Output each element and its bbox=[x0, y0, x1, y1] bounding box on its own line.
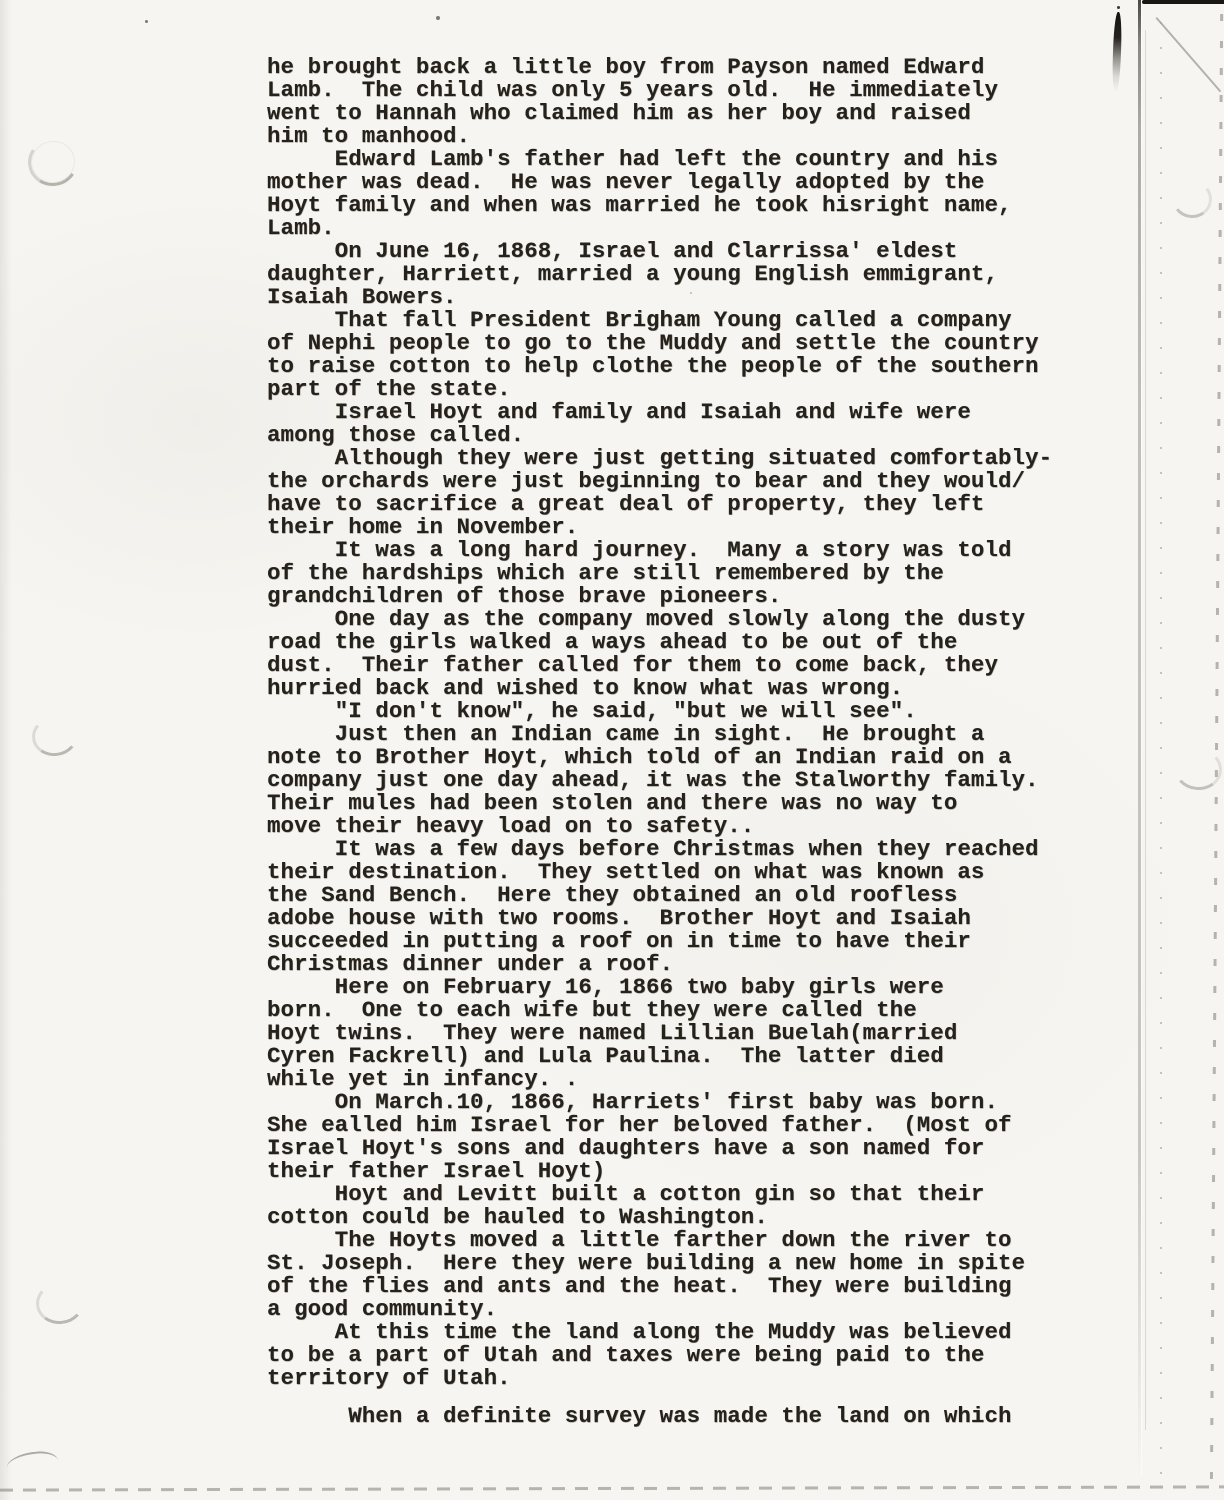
text-line: Israel Hoyt's sons and daughters have a … bbox=[267, 1137, 1067, 1160]
scan-top-edge-strip bbox=[1142, 0, 1224, 4]
punch-hole-mark bbox=[1170, 177, 1215, 220]
text-line: have to sacrifice a great deal of proper… bbox=[267, 493, 1067, 516]
paragraph: It was a few days before Christmas when … bbox=[267, 838, 1067, 976]
text-line: On March.10, 1866, Harriets' first baby … bbox=[267, 1091, 1067, 1114]
text-line: territory of Utah. bbox=[267, 1367, 1067, 1390]
text-line: Christmas dinner under a roof. bbox=[267, 953, 1067, 976]
paragraph: One day as the company moved slowly alon… bbox=[267, 608, 1067, 700]
text-line: company just one day ahead, it was the S… bbox=[267, 769, 1067, 792]
text-line: of the hardships which are still remembe… bbox=[267, 562, 1067, 585]
perforation-dots bbox=[1160, 22, 1162, 1482]
text-line: note to Brother Hoyt, which told of an I… bbox=[267, 746, 1067, 769]
paper-speck bbox=[145, 20, 148, 23]
text-line: succeeded in putting a roof on in time t… bbox=[267, 930, 1067, 953]
text-line: hurried back and wished to know what was… bbox=[267, 677, 1067, 700]
text-line: Although they were just getting situated… bbox=[267, 447, 1067, 470]
page-edge-line bbox=[1138, 0, 1141, 1475]
text-line: to be a part of Utah and taxes were bein… bbox=[267, 1344, 1067, 1367]
text-line: It was a few days before Christmas when … bbox=[267, 838, 1067, 861]
text-line: Hoyt twins. They were named Lillian Buel… bbox=[267, 1022, 1067, 1045]
text-line: The Hoyts moved a little farther down th… bbox=[267, 1229, 1067, 1252]
text-line: Isaiah Bowers. bbox=[267, 286, 1067, 309]
corner-fold-line bbox=[1155, 17, 1221, 92]
paragraph: Although they were just getting situated… bbox=[267, 447, 1067, 539]
text-line: while yet in infancy. . bbox=[267, 1068, 1067, 1091]
text-line: of the flies and ants and the heat. They… bbox=[267, 1275, 1067, 1298]
paragraph: Just then an Indian came in sight. He br… bbox=[267, 723, 1067, 838]
text-line: a good community. bbox=[267, 1298, 1067, 1321]
scanned-page: he brought back a little boy from Payson… bbox=[0, 0, 1224, 1500]
bottom-edge-dashes bbox=[0, 1485, 1224, 1491]
text-line: Hoyt and Levitt built a cotton gin so th… bbox=[267, 1183, 1067, 1206]
text-line: among those called. bbox=[267, 424, 1067, 447]
scan-left-edge-shade bbox=[0, 0, 12, 1500]
text-line: grandchildren of those brave pioneers. bbox=[267, 585, 1067, 608]
text-line: Cyren Fackrell) and Lula Paulina. The la… bbox=[267, 1045, 1067, 1068]
text-line: Their mules had been stolen and there wa… bbox=[267, 792, 1067, 815]
text-line: daughter, Harriett, married a young Engl… bbox=[267, 263, 1067, 286]
text-line: Israel Hoyt and family and Isaiah and wi… bbox=[267, 401, 1067, 424]
punch-hole-mark bbox=[34, 1280, 86, 1327]
text-line: Lamb. The child was only 5 years old. He… bbox=[267, 79, 1067, 102]
paragraph: Here on February 16, 1866 two baby girls… bbox=[267, 976, 1067, 1091]
text-line: road the girls walked a ways ahead to be… bbox=[267, 631, 1067, 654]
punch-hole-mark bbox=[29, 713, 80, 759]
text-line: She ealled him Israel for her beloved fa… bbox=[267, 1114, 1067, 1137]
text-line: him to manhood. bbox=[267, 125, 1067, 148]
paper-speck bbox=[436, 16, 440, 20]
text-line: St. Joseph. Here they were building a ne… bbox=[267, 1252, 1067, 1275]
paragraphs: he brought back a little boy from Payson… bbox=[267, 56, 1067, 1390]
text-line: move their heavy load on to safety.. bbox=[267, 815, 1067, 838]
pencil-squiggle bbox=[5, 1450, 58, 1468]
text-line: to raise cotton to help clothe the peopl… bbox=[267, 355, 1067, 378]
text-line: Just then an Indian came in sight. He br… bbox=[267, 723, 1067, 746]
text-line: born. One to each wife but they were cal… bbox=[267, 999, 1067, 1022]
closing-line: When a definite survey was made the land… bbox=[267, 1405, 1067, 1428]
paragraph: The Hoyts moved a little farther down th… bbox=[267, 1229, 1067, 1321]
text-line: Here on February 16, 1866 two baby girls… bbox=[267, 976, 1067, 999]
paragraph: That fall President Brigham Young called… bbox=[267, 309, 1067, 401]
text-line: Hoyt family and when was married he took… bbox=[267, 194, 1067, 217]
page-edge-line-secondary bbox=[1145, 30, 1146, 1430]
text-line: the orchards were just beginning to bear… bbox=[267, 470, 1067, 493]
text-line: cotton could be hauled to Washington. bbox=[267, 1206, 1067, 1229]
paragraph: Edward Lamb's father had left the countr… bbox=[267, 148, 1067, 240]
text-line: That fall President Brigham Young called… bbox=[267, 309, 1067, 332]
text-line: mother was dead. He was never legally ad… bbox=[267, 171, 1067, 194]
text-line: their home in November. bbox=[267, 516, 1067, 539]
text-line: their destination. They settled on what … bbox=[267, 861, 1067, 884]
text-line: It was a long hard journey. Many a story… bbox=[267, 539, 1067, 562]
paragraph: On June 16, 1868, Israel and Clarrissa' … bbox=[267, 240, 1067, 309]
paragraph: he brought back a little boy from Payson… bbox=[267, 56, 1067, 148]
ink-smudge-mark bbox=[1112, 12, 1123, 92]
text-line: "I don't know", he said, "but we will se… bbox=[267, 700, 1067, 723]
punch-hole-mark bbox=[24, 133, 83, 190]
text-line: At this time the land along the Muddy wa… bbox=[267, 1321, 1067, 1344]
text-line: On June 16, 1868, Israel and Clarrissa' … bbox=[267, 240, 1067, 263]
typewritten-text: he brought back a little boy from Payson… bbox=[267, 56, 1067, 1428]
text-line: part of the state. bbox=[267, 378, 1067, 401]
paragraph: "I don't know", he said, "but we will se… bbox=[267, 700, 1067, 723]
paper-speck bbox=[690, 292, 692, 294]
text-line: One day as the company moved slowly alon… bbox=[267, 608, 1067, 631]
paragraph: Israel Hoyt and family and Isaiah and wi… bbox=[267, 401, 1067, 447]
text-line: Lamb. bbox=[267, 217, 1067, 240]
text-line: Edward Lamb's father had left the countr… bbox=[267, 148, 1067, 171]
text-line: went to Hannah who claimed him as her bo… bbox=[267, 102, 1067, 125]
paragraph: It was a long hard journey. Many a story… bbox=[267, 539, 1067, 608]
text-line: the Sand Bench. Here they obtained an ol… bbox=[267, 884, 1067, 907]
paragraph: Hoyt and Levitt built a cotton gin so th… bbox=[267, 1183, 1067, 1229]
text-line: their father Israel Hoyt) bbox=[267, 1160, 1067, 1183]
paragraph: On March.10, 1866, Harriets' first baby … bbox=[267, 1091, 1067, 1183]
text-line: adobe house with two rooms. Brother Hoyt… bbox=[267, 907, 1067, 930]
paragraph: At this time the land along the Muddy wa… bbox=[267, 1321, 1067, 1390]
text-line: of Nephi people to go to the Muddy and s… bbox=[267, 332, 1067, 355]
ink-speck bbox=[1117, 6, 1120, 9]
text-line: dust. Their father called for them to co… bbox=[267, 654, 1067, 677]
text-line: he brought back a little boy from Payson… bbox=[267, 56, 1067, 79]
